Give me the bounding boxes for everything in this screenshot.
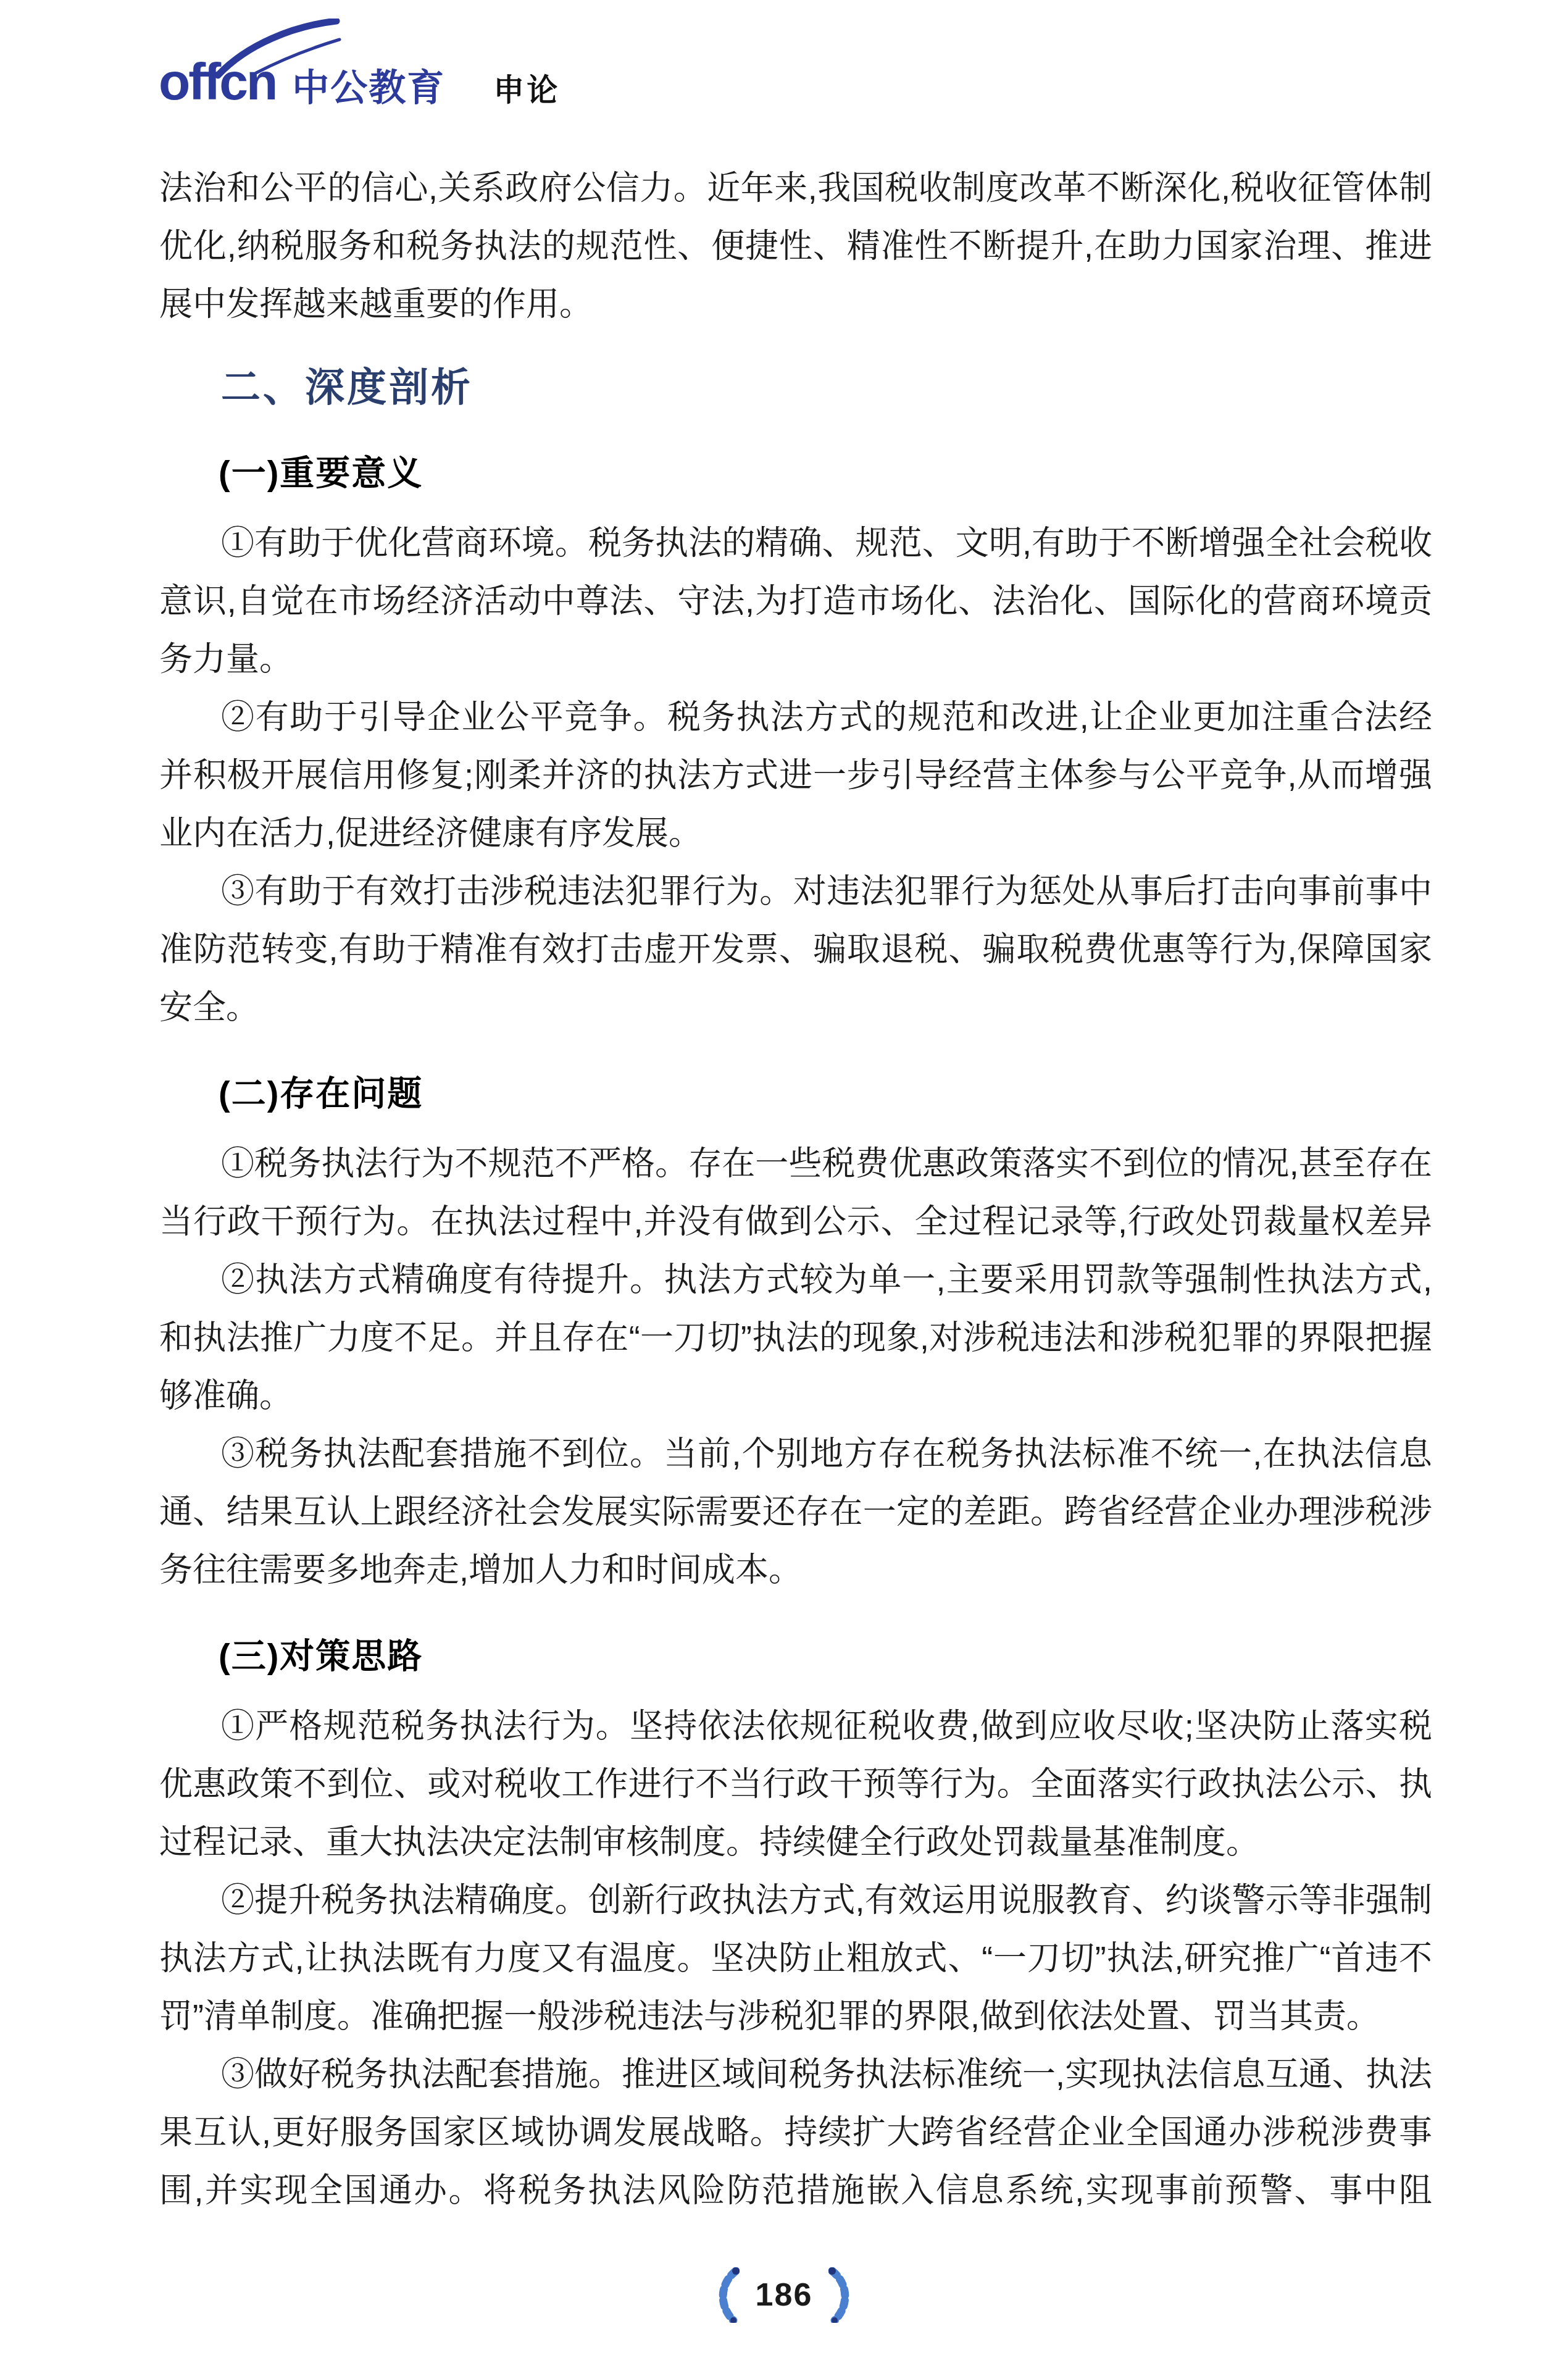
text-line: ③做好税务执法配套措施。推进区域间税务执法标准统一,实现执法信息互通、执法结 bbox=[159, 2046, 1432, 2104]
page-content: 法治和公平的信心,关系政府公信力。近年来,我国税收制度改革不断深化,税收征管体制… bbox=[159, 159, 1432, 2220]
text-line: 果互认,更好服务国家区域协调发展战略。持续扩大跨省经营企业全国通办涉税涉费事项范 bbox=[159, 2104, 1432, 2162]
text-line: 意识,自觉在市场经济活动中尊法、守法,为打造市场化、法治化、国际化的营商环境贡献… bbox=[159, 572, 1432, 630]
laurel-right-icon bbox=[828, 2267, 856, 2323]
text-line: 过程记录、重大执法决定法制审核制度。持续健全行政处罚裁量基准制度。 bbox=[159, 1813, 1432, 1871]
text-line: 当行政干预行为。在执法过程中,并没有做到公示、全过程记录等,行政处罚裁量权差异大… bbox=[159, 1193, 1432, 1251]
section-heading: 二、深度剖析 bbox=[159, 358, 1432, 416]
text-line: 务力量。 bbox=[159, 630, 1432, 688]
text-line: 够准确。 bbox=[159, 1367, 1432, 1425]
book-page: offcn 中公教育 申论 法治和公平的信心,关系政府公信力。近年来,我国税收制… bbox=[0, 0, 1568, 2371]
text-line: 优化,纳税服务和税务执法的规范性、便捷性、精准性不断提升,在助力国家治理、推进高… bbox=[159, 217, 1432, 275]
text-line: ①税务执法行为不规范不严格。存在一些税费优惠政策落实不到位的情况,甚至存在不 bbox=[159, 1135, 1432, 1193]
text-line: 和执法推广力度不足。并且存在“一刀切”执法的现象,对涉税违法和涉税犯罪的界限把握… bbox=[159, 1309, 1432, 1367]
text-line: 优惠政策不到位、或对税收工作进行不当行政干预等行为。全面落实行政执法公示、执法全 bbox=[159, 1755, 1432, 1813]
text-line: 执法方式,让执法既有力度又有温度。坚决防止粗放式、“一刀切”执法,研究推广“首违… bbox=[159, 1930, 1432, 1988]
text-line: 法治和公平的信心,关系政府公信力。近年来,我国税收制度改革不断深化,税收征管体制… bbox=[159, 159, 1432, 217]
text-line: 并积极开展信用修复;刚柔并济的执法方式进一步引导经营主体参与公平竞争,从而增强企 bbox=[159, 746, 1432, 805]
offcn-logo: offcn 中公教育 bbox=[159, 57, 445, 112]
text-line: ②提升税务执法精确度。创新行政执法方式,有效运用说服教育、约谈警示等非强制性 bbox=[159, 1871, 1432, 1930]
text-line: ②有助于引导企业公平竞争。税务执法方式的规范和改进,让企业更加注重合法经营, bbox=[159, 688, 1432, 746]
text-line: 展中发挥越来越重要的作用。 bbox=[159, 275, 1432, 333]
subject-label: 申论 bbox=[493, 65, 560, 110]
text-line: 安全。 bbox=[159, 979, 1432, 1037]
subsection-heading: (二)存在问题 bbox=[159, 1064, 1432, 1123]
text-line: ①严格规范税务执法行为。坚持依法依规征税收费,做到应收尽收;坚决防止落实税费 bbox=[159, 1697, 1432, 1755]
text-line: ②执法方式精确度有待提升。执法方式较为单一,主要采用罚款等强制性执法方式,柔 bbox=[159, 1251, 1432, 1309]
text-line: ③税务执法配套措施不到位。当前,个别地方存在税务执法标准不统一,在执法信息互 bbox=[159, 1425, 1432, 1483]
text-line: 围,并实现全国通办。将税务执法风险防范措施嵌入信息系统,实现事前预警、事中阻断、… bbox=[159, 2162, 1432, 2220]
subsection-heading: (三)对策思路 bbox=[159, 1627, 1432, 1685]
page-number: 186 bbox=[756, 2277, 813, 2314]
text-line: 准防范转变,有助于精准有效打击虚开发票、骗取退税、骗取税费优惠等行为,保障国家税… bbox=[159, 921, 1432, 979]
text-line: 罚”清单制度。准确把握一般涉税违法与涉税犯罪的界限,做到依法处置、罚当其责。 bbox=[159, 1988, 1432, 2046]
text-line: ①有助于优化营商环境。税务执法的精确、规范、文明,有助于不断增强全社会税收法治 bbox=[159, 514, 1432, 572]
text-line: ③有助于有效打击涉税违法犯罪行为。对违法犯罪行为惩处从事后打击向事前事中精 bbox=[159, 863, 1432, 921]
laurel-left-icon bbox=[712, 2267, 740, 2323]
text-line: 务往往需要多地奔走,增加人力和时间成本。 bbox=[159, 1541, 1432, 1599]
page-footer: 186 bbox=[0, 2267, 1568, 2323]
subsection-heading: (一)重要意义 bbox=[159, 444, 1432, 502]
text-line: 通、结果互认上跟经济社会发展实际需要还存在一定的差距。跨省经营企业办理涉税涉费业 bbox=[159, 1483, 1432, 1541]
logo-wordmark: offcn bbox=[159, 56, 276, 107]
page-header: offcn 中公教育 申论 bbox=[159, 57, 560, 112]
text-line: 业内在活力,促进经济健康有序发展。 bbox=[159, 805, 1432, 863]
logo-cjk-name: 中公教育 bbox=[292, 59, 445, 112]
